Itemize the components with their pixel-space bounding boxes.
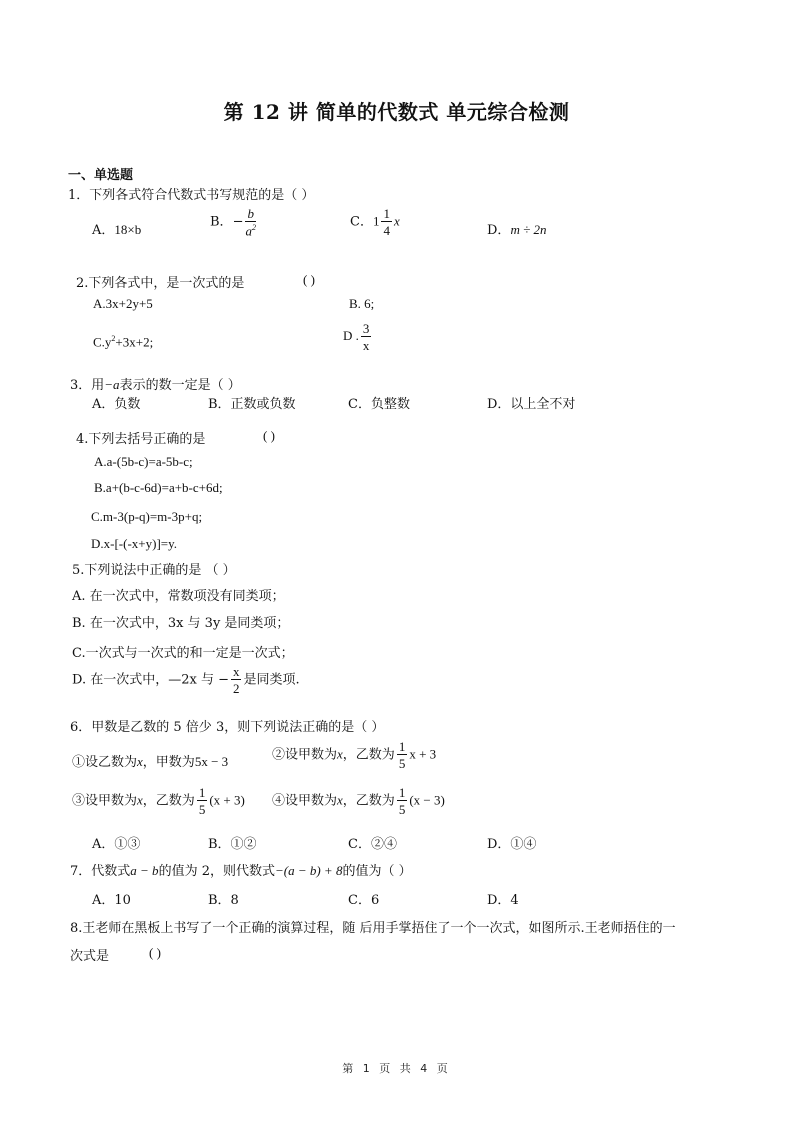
q6-statement-1: ①设乙数为x，甲数为5x − 3 [72, 751, 228, 770]
q6-statement-3: ③设甲数为x，乙数为15(x + 3) [72, 786, 245, 816]
question-2-stem: 2.下列各式中，是一次式的是 [76, 272, 244, 291]
fraction: 14 [381, 207, 392, 237]
expression: x + 3 [409, 747, 436, 762]
variable: −a [104, 377, 119, 392]
answer-paren: ( ) [263, 428, 275, 444]
denominator: 5 [199, 801, 206, 816]
numerator: 1 [397, 740, 408, 755]
statement-text: ④设甲数为 [272, 794, 337, 809]
q1-option-a: A．18×b [92, 219, 141, 238]
expression: (x − 3) [409, 793, 445, 808]
q2-option-b: B. 6; [349, 296, 374, 312]
statement-text: ②设甲数为 [272, 748, 337, 763]
q1-option-b: B．−ba2 [210, 207, 258, 237]
q7-option-a: A．10 [92, 889, 131, 908]
option-label: D． [487, 223, 510, 238]
q7-option-b: B．8 [208, 889, 239, 908]
expression: a − b [130, 863, 158, 878]
q5-option-d: D. 在一次式中，—2x 与 −x2是同类项. [72, 665, 300, 695]
q7-option-d: D．4 [487, 889, 519, 908]
expression: −(a − b) + 8 [275, 863, 342, 878]
fraction: 15 [197, 786, 208, 816]
statement-text: ，乙数为 [343, 748, 395, 763]
fraction: x2 [231, 665, 242, 695]
q3-option-c: C．负整数 [348, 393, 410, 412]
q5-option-a: A. 在一次式中，常数项没有同类项； [72, 585, 285, 604]
option-label: B． [210, 215, 233, 230]
q6-option-c: C．②④ [348, 833, 397, 852]
whole-number: 1 [373, 214, 380, 229]
q2-option-a: A.3x+2y+5 [93, 296, 153, 312]
fraction: 15 [397, 740, 408, 770]
question-5-stem: 5.下列说法中正确的是 （ ） [72, 559, 236, 578]
q4-option-c: C.m-3(p-q)=m-3p+q; [91, 509, 202, 525]
denominator: 2 [233, 680, 240, 695]
denominator: a2 [245, 222, 256, 237]
q6-statement-2: ②设甲数为x，乙数为15x + 3 [272, 740, 436, 770]
statement-text: ，甲数为 [143, 755, 195, 770]
q6-option-a: A．①③ [92, 833, 140, 852]
expr-part: +3x+2; [115, 334, 153, 349]
statement-text: ，乙数为 [343, 794, 395, 809]
question-3-stem: 3．用−a表示的数一定是（ ） [70, 374, 241, 393]
stem-text: 的值为 2，则代数式 [159, 864, 275, 879]
question-8-stem-line1: 8.王老师在黑板上书写了一个正确的演算过程，随 后用手掌捂住了一个一次式，如图所… [70, 917, 676, 936]
question-8-stem-line2: 次式是 [70, 945, 109, 964]
statement-text: ③设甲数为 [72, 794, 137, 809]
q1-option-c: C．114x [350, 207, 400, 237]
q3-option-d: D．以上全不对 [487, 393, 575, 412]
option-expr: 18×b [114, 222, 141, 237]
expr-part: C.y [93, 334, 111, 349]
stem-text: 7．代数式 [70, 864, 130, 879]
q6-statement-4: ④设甲数为x，乙数为15(x − 3) [272, 786, 445, 816]
question-7-stem: 7．代数式a − b的值为 2，则代数式−(a − b) + 8的值为（ ） [70, 860, 412, 879]
numerator: 1 [197, 786, 208, 801]
statement-text: ①设乙数为 [72, 755, 137, 770]
answer-paren: ( ) [303, 272, 315, 288]
numerator: b [245, 207, 256, 222]
question-6-stem: 6．甲数是乙数的 5 倍少 3，则下列说法正确的是（ ） [70, 716, 384, 735]
q2-option-c: C.y2+3x+2; [93, 334, 153, 350]
denominator: 5 [399, 801, 406, 816]
stem-text: 的值为（ ） [342, 864, 411, 879]
statement-text: ，乙数为 [143, 794, 195, 809]
question-4-stem: 4.下列去括号正确的是 [76, 428, 205, 447]
section-heading: 一、单选题 [68, 164, 133, 183]
q3-option-a: A．负数 [92, 393, 140, 412]
expression: (x + 3) [209, 793, 245, 808]
exponent: 2 [252, 223, 256, 232]
option-label: D . [343, 328, 359, 343]
expression: 5x − 3 [195, 754, 228, 769]
q6-option-d: D．①④ [487, 833, 536, 852]
q5-option-b: B. 在一次式中，3x 与 3y 是同类项； [72, 612, 289, 631]
option-text: 是同类项. [243, 673, 299, 688]
denominator: 4 [383, 222, 390, 237]
q6-option-b: B．①② [208, 833, 257, 852]
question-1-stem: 1．下列各式符合代数式书写规范的是（ ） [68, 184, 314, 203]
variable: x [394, 214, 400, 229]
answer-paren: ( ) [149, 945, 161, 961]
page-title: 第 12 讲 简单的代数式 单元综合检测 [0, 96, 793, 125]
stem-text: 表示的数一定是（ ） [120, 378, 241, 393]
q7-option-c: C．6 [348, 889, 379, 908]
page-footer: 第 1 页 共 4 页 [0, 1060, 793, 1076]
q1-option-d: D．m ÷ 2n [487, 219, 546, 238]
option-text: D. 在一次式中，—2x 与 − [72, 673, 229, 688]
q4-option-d: D.x-[-(-x+y)]=y. [91, 536, 177, 552]
numerator: 3 [361, 322, 372, 337]
numerator: 1 [381, 207, 392, 222]
numerator: x [231, 665, 242, 680]
q4-option-b: B.a+(b-c-6d)=a+b-c+6d; [94, 480, 223, 496]
denominator: x [363, 337, 370, 352]
q5-option-c: C.一次式与一次式的和一定是一次式； [72, 642, 294, 661]
stem-text: 3．用 [70, 378, 104, 393]
fraction: 15 [397, 786, 408, 816]
fraction: 3x [361, 322, 372, 352]
numerator: 1 [397, 786, 408, 801]
denominator: 5 [399, 755, 406, 770]
q2-option-d: D .3x [343, 322, 373, 352]
fraction: ba2 [245, 207, 256, 237]
option-label: A． [92, 223, 114, 238]
option-expr: m ÷ 2n [510, 222, 546, 237]
minus-sign: − [233, 215, 244, 230]
q3-option-b: B．正数或负数 [208, 393, 296, 412]
q4-option-a: A.a-(5b-c)=a-5b-c; [94, 454, 193, 470]
option-label: C． [350, 215, 373, 230]
